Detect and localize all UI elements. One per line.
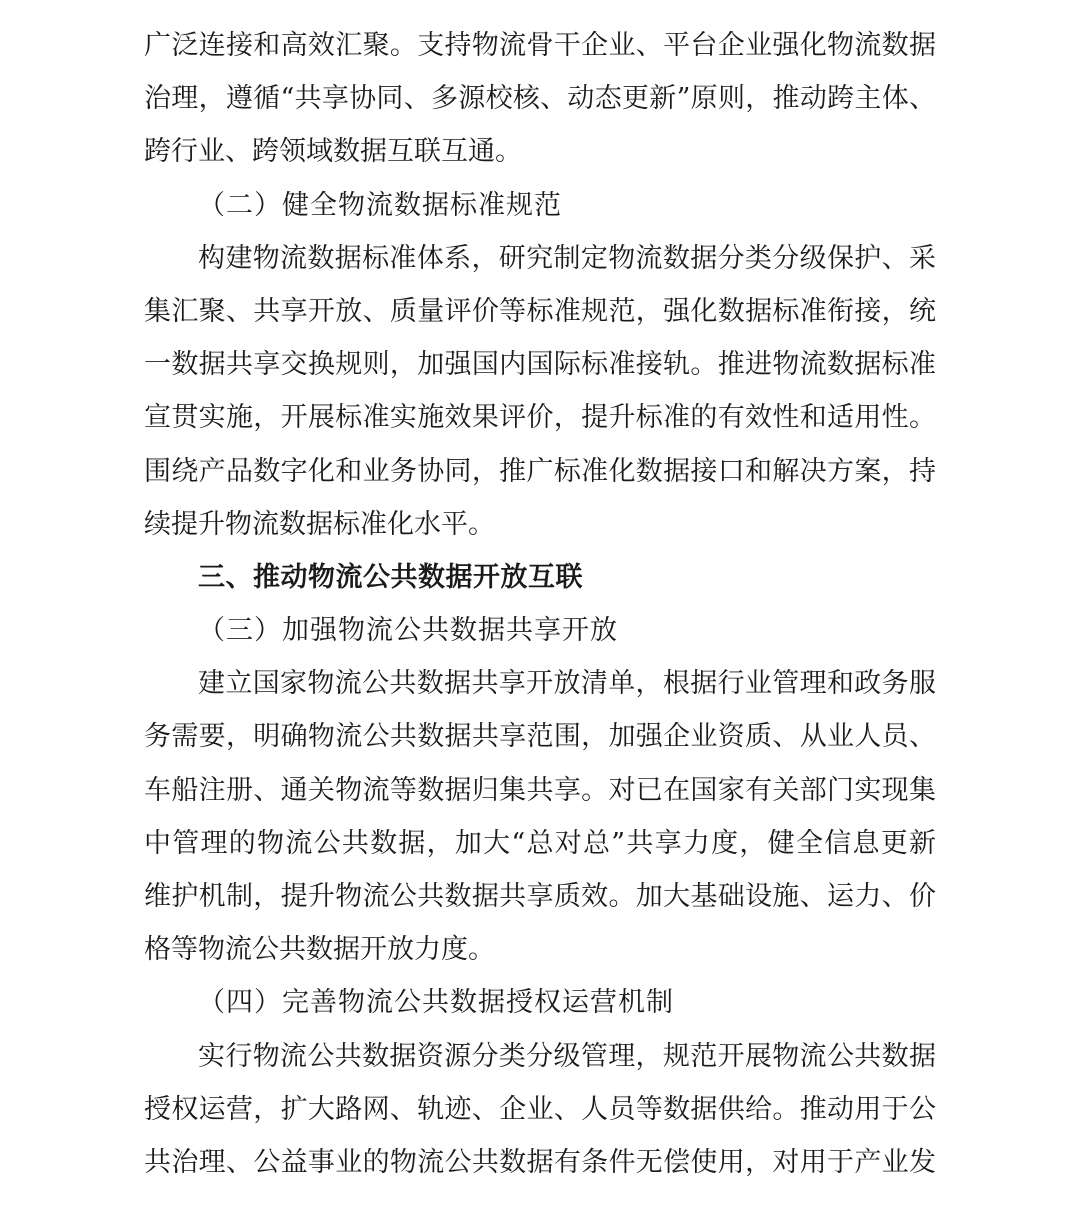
body-line: 跨行业、跨领域数据互联互通。: [144, 125, 936, 178]
body-line: 集汇聚、共享开放、质量评价等标准规范，强化数据标准衔接，统: [144, 285, 936, 338]
body-line: 建立国家物流公共数据共享开放清单，根据行业管理和政务服: [144, 657, 936, 710]
body-line: 围绕产品数字化和业务协同，推广标准化数据接口和解决方案，持: [144, 445, 936, 498]
body-line: 务需要，明确物流公共数据共享范围，加强企业资质、从业人员、: [144, 710, 936, 763]
body-line: 一数据共享交换规则，加强国内国际标准接轨。推进物流数据标准: [144, 338, 936, 391]
body-line: 中管理的物流公共数据，加大“总对总”共享力度，健全信息更新: [144, 817, 936, 870]
body-line: 共治理、公益事业的物流公共数据有条件无偿使用，对用于产业发: [144, 1136, 936, 1189]
body-line: 宣贯实施，开展标准实施效果评价，提升标准的有效性和适用性。: [144, 391, 936, 444]
body-line: 授权运营，扩大路网、轨迹、企业、人员等数据供给。推动用于公: [144, 1083, 936, 1136]
subsection-heading: （四）完善物流公共数据授权运营机制: [144, 976, 936, 1029]
body-line: 续提升物流数据标准化水平。: [144, 498, 936, 551]
body-line: 广泛连接和高效汇聚。支持物流骨干企业、平台企业强化物流数据: [144, 19, 936, 72]
body-line: 格等物流公共数据开放力度。: [144, 923, 936, 976]
body-line: 实行物流公共数据资源分类分级管理，规范开展物流公共数据: [144, 1030, 936, 1083]
document-page: 广泛连接和高效汇聚。支持物流骨干企业、平台企业强化物流数据 治理，遵循“共享协同…: [0, 0, 1080, 1225]
section-heading: 三、推动物流公共数据开放互联: [144, 551, 936, 604]
document-text-block: 广泛连接和高效汇聚。支持物流骨干企业、平台企业强化物流数据 治理，遵循“共享协同…: [144, 19, 936, 1189]
body-line: 构建物流数据标准体系，研究制定物流数据分类分级保护、采: [144, 232, 936, 285]
body-line: 车船注册、通关物流等数据归集共享。对已在国家有关部门实现集: [144, 764, 936, 817]
body-line: 治理，遵循“共享协同、多源校核、动态更新”原则，推动跨主体、: [144, 72, 936, 125]
subsection-heading: （三）加强物流公共数据共享开放: [144, 604, 936, 657]
body-line: 维护机制，提升物流公共数据共享质效。加大基础设施、运力、价: [144, 870, 936, 923]
subsection-heading: （二）健全物流数据标准规范: [144, 179, 936, 232]
